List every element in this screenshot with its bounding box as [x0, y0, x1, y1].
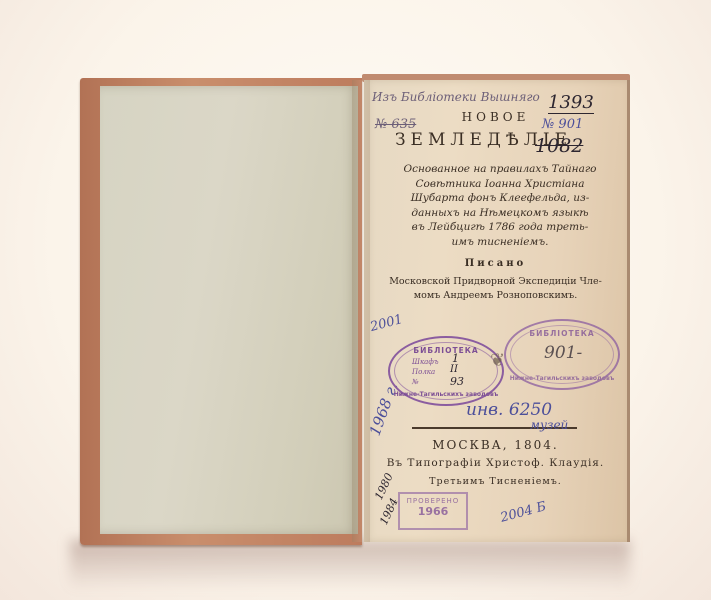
printer-ornament: ❦: [490, 350, 505, 371]
stamp-title: БИБЛІОТЕКА: [506, 329, 618, 338]
subtitle-line: данныхъ на Нѣмецкомъ языкѣ: [376, 206, 624, 221]
subtitle-line: имъ тисненіемъ.: [376, 235, 624, 250]
left-endpaper: [100, 86, 358, 534]
subtitle-line: Основанное на правилахъ Тайнаго: [376, 162, 624, 177]
stamp-number-label: №: [412, 378, 419, 386]
subtitle-block: Основанное на правилахъ Тайнаго Совѣтник…: [376, 162, 624, 249]
museum-note: музей: [530, 418, 568, 432]
rect-stamp-year: 1966: [400, 505, 466, 518]
inventory-number: инв. 6250: [466, 400, 552, 420]
number-1393: 1393: [548, 92, 594, 114]
library-stamp-oval-1: БИБЛІОТЕКА Шкафъ Полка № 1 II 93 Нижне-Т…: [388, 336, 504, 406]
stamp-row-value: II: [450, 364, 458, 375]
provenance-note: Изъ Библіотеки Вышняго: [372, 90, 540, 104]
author-block: Московской Придворной Экспедиціи Чле- мо…: [370, 275, 621, 303]
checked-stamp-rect: ПРОВЕРЕНО 1966: [398, 492, 468, 530]
open-book: НОВОЕ ЗЕМЛЕДѢЛІЕ Основанное на правилахъ…: [0, 0, 711, 600]
stamp-shelf-label: Шкафъ: [412, 358, 439, 366]
book-gutter: [352, 80, 370, 542]
stamp-row-label: Полка: [412, 368, 435, 376]
press-line: Въ Типографіи Христоф. Клаудія.: [364, 457, 627, 469]
subtitle-line: Шубарта фонъ Клеефельда, из-: [376, 191, 624, 206]
stamp-bottom-text: Нижне-Тагильскихъ заводовъ: [390, 391, 502, 398]
title-page: НОВОЕ ЗЕМЛЕДѢЛІЕ Основанное на правилахъ…: [364, 80, 630, 542]
subtitle-line: Совѣтника Іоанна Христіана: [376, 177, 624, 192]
edition-line: Третьимъ Тисненіемъ.: [364, 476, 627, 487]
author-line: момъ Андреемъ Розноповскимъ.: [370, 289, 621, 303]
written-label: Писано: [364, 258, 627, 269]
rect-stamp-label: ПРОВЕРЕНО: [400, 497, 466, 505]
subtitle-line: въ Лейбцигѣ 1786 года треть-: [376, 220, 624, 235]
stamp-number-value: 93: [450, 375, 464, 388]
library-stamp-oval-2: БИБЛІОТЕКА 901- Нижне-Тагильскихъ заводо…: [504, 319, 620, 390]
stamp-bottom-text: Нижне-Тагильскихъ заводовъ: [506, 375, 618, 382]
stamp-overwrite-901: 901-: [544, 343, 582, 363]
number-struck-635: № 635: [375, 117, 416, 132]
stamp-title: БИБЛІОТЕКА: [390, 346, 502, 355]
city-year: МОСКВА, 1804.: [364, 438, 627, 452]
number-901-blue: № 901: [542, 117, 583, 132]
number-struck-1082: 1082: [535, 135, 583, 157]
author-line: Московской Придворной Экспедиціи Чле-: [370, 275, 621, 289]
